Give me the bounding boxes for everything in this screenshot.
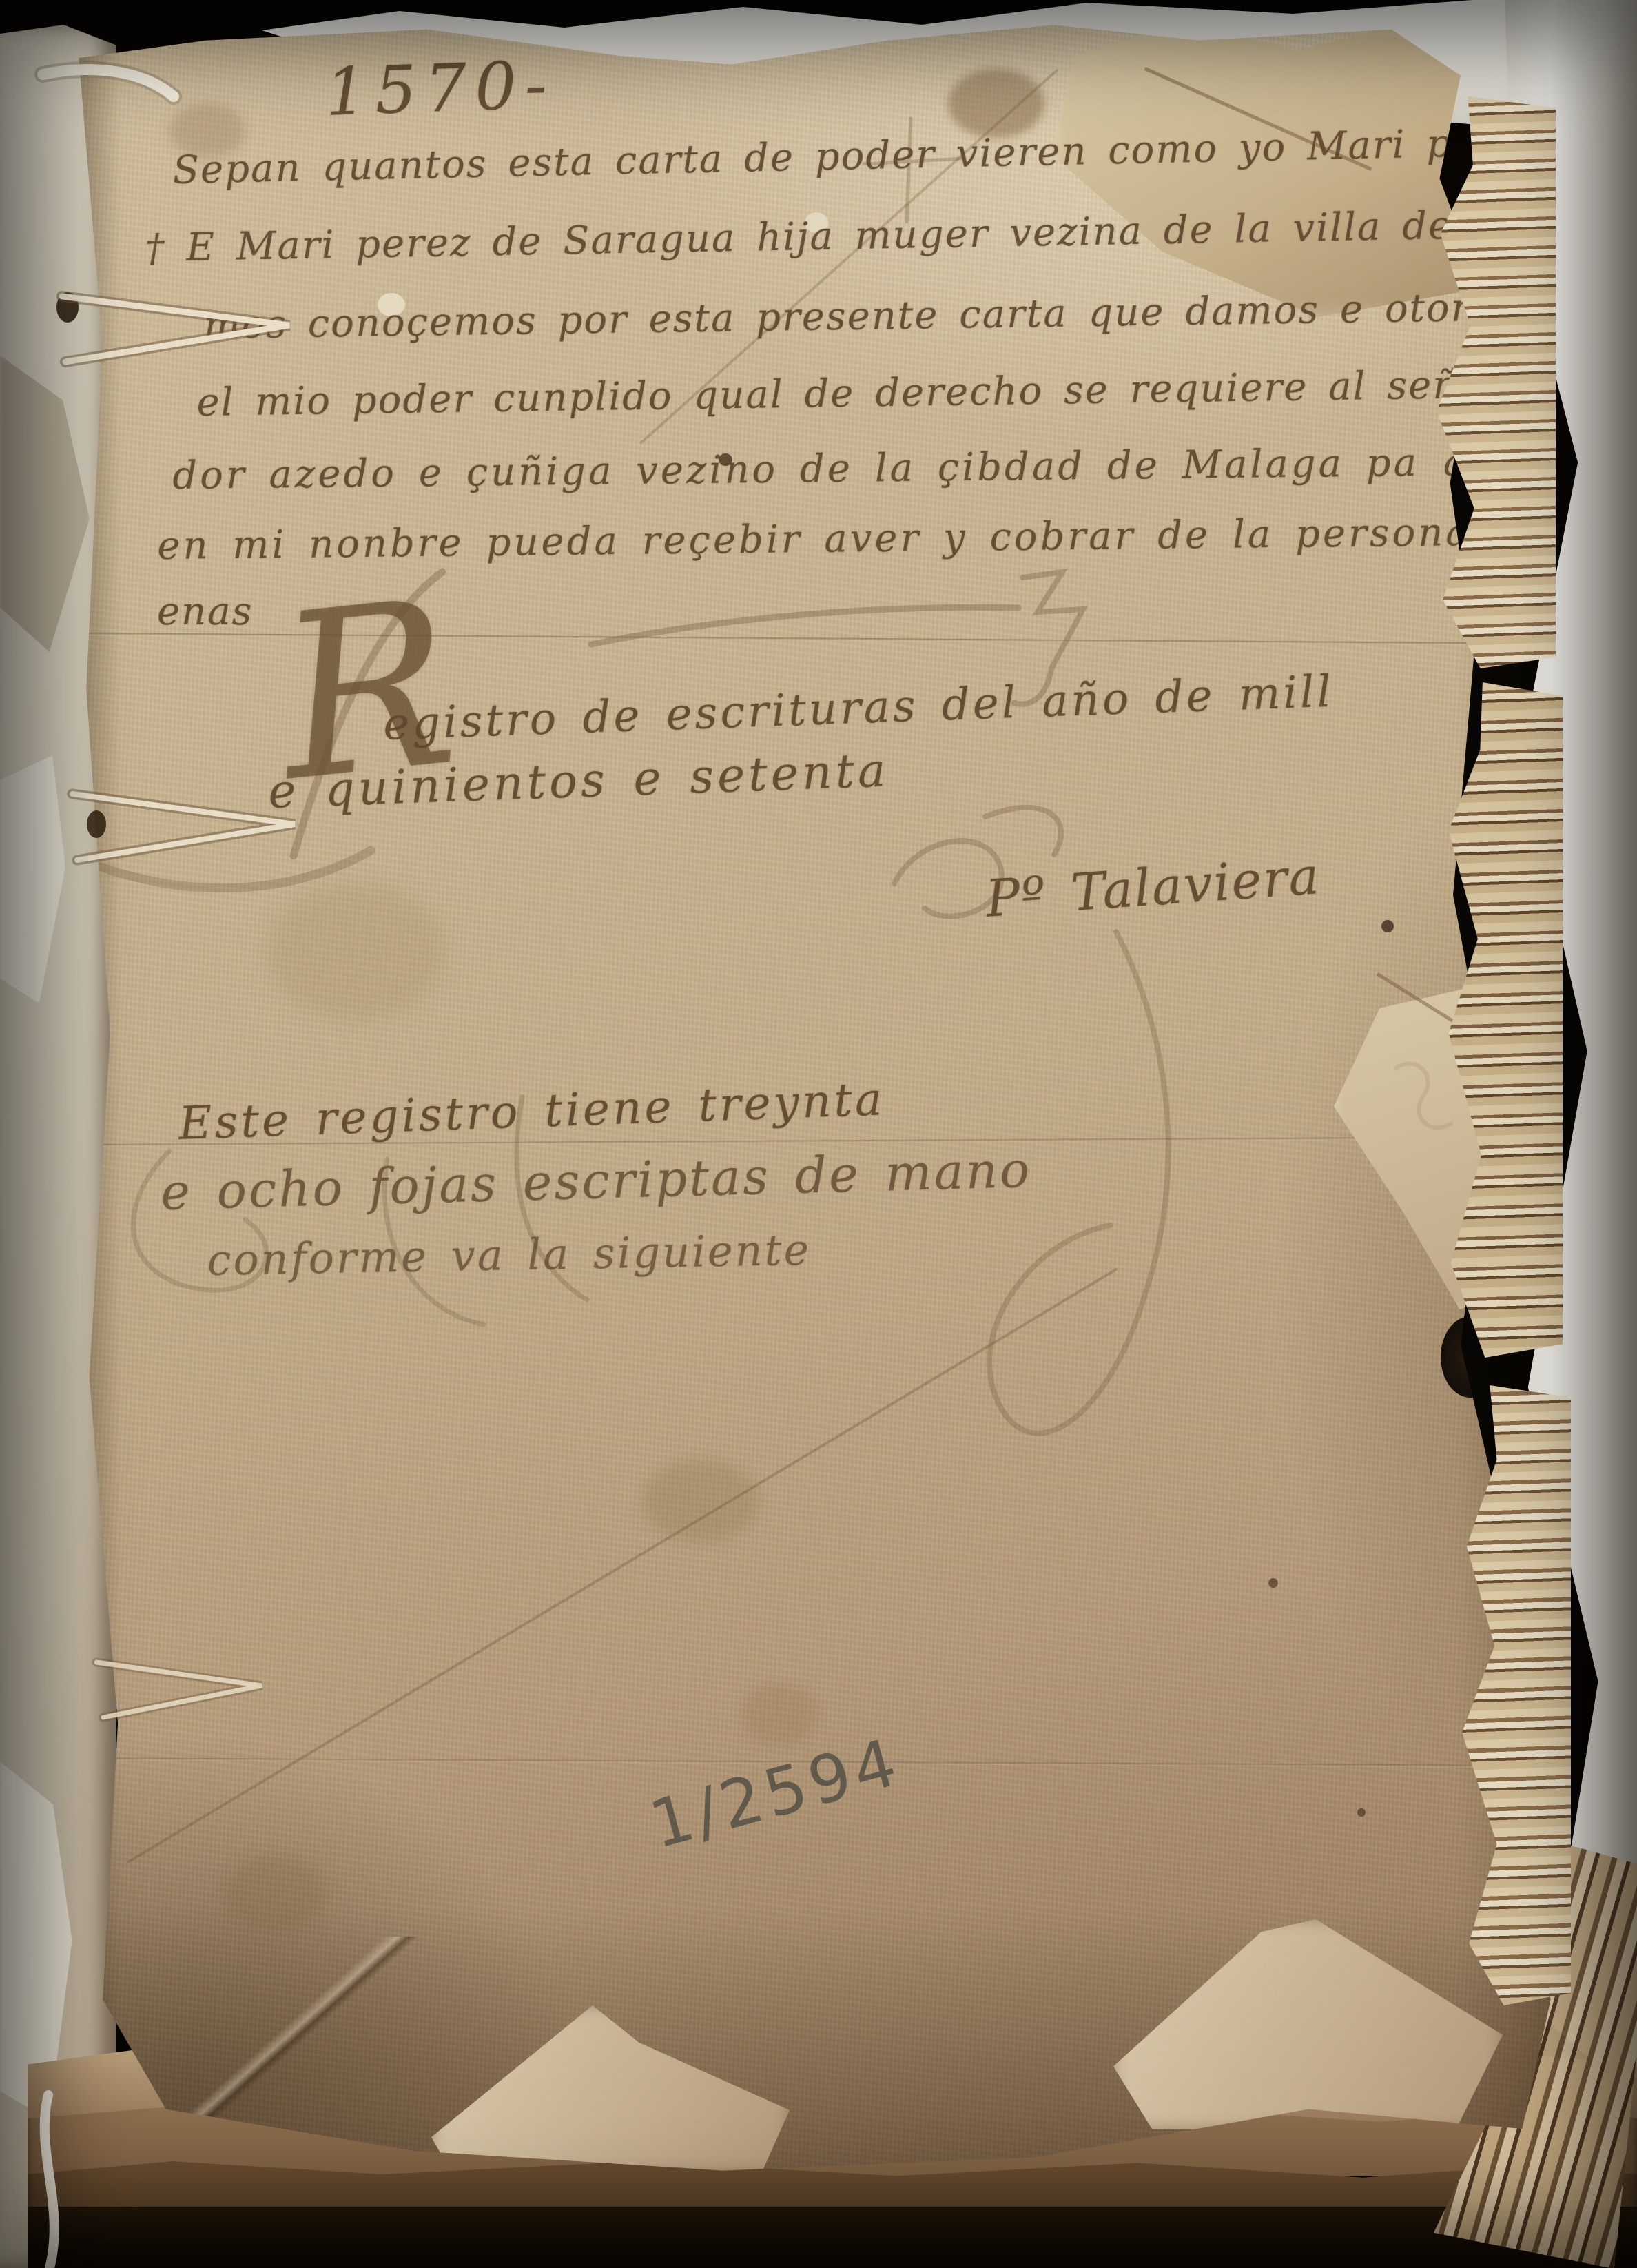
water-stain bbox=[642, 1460, 759, 1542]
manuscript-page: 1570- Sepan quantos esta carta de poder … bbox=[59, 21, 1561, 2212]
manuscript-line-7: enas bbox=[157, 589, 253, 634]
left-strip-tear bbox=[0, 356, 90, 652]
speck bbox=[1381, 920, 1394, 932]
closing-line-3: conforme va la siguiente bbox=[207, 1225, 812, 1285]
ink-stain bbox=[948, 69, 1044, 138]
stack-shadow bbox=[28, 2207, 1637, 2268]
water-stain bbox=[266, 882, 445, 1020]
frayed-edge-upper bbox=[1430, 96, 1556, 668]
manuscript-photograph: 1570- Sepan quantos esta carta de poder … bbox=[0, 0, 1637, 2268]
binding-leaves-left bbox=[0, 25, 116, 2268]
water-stain bbox=[223, 1855, 327, 1931]
year-heading: 1570- bbox=[324, 47, 557, 131]
water-stain bbox=[741, 1683, 817, 1745]
speck bbox=[1357, 1808, 1366, 1817]
speck bbox=[1268, 1578, 1278, 1588]
left-strip-tear bbox=[0, 755, 65, 1003]
